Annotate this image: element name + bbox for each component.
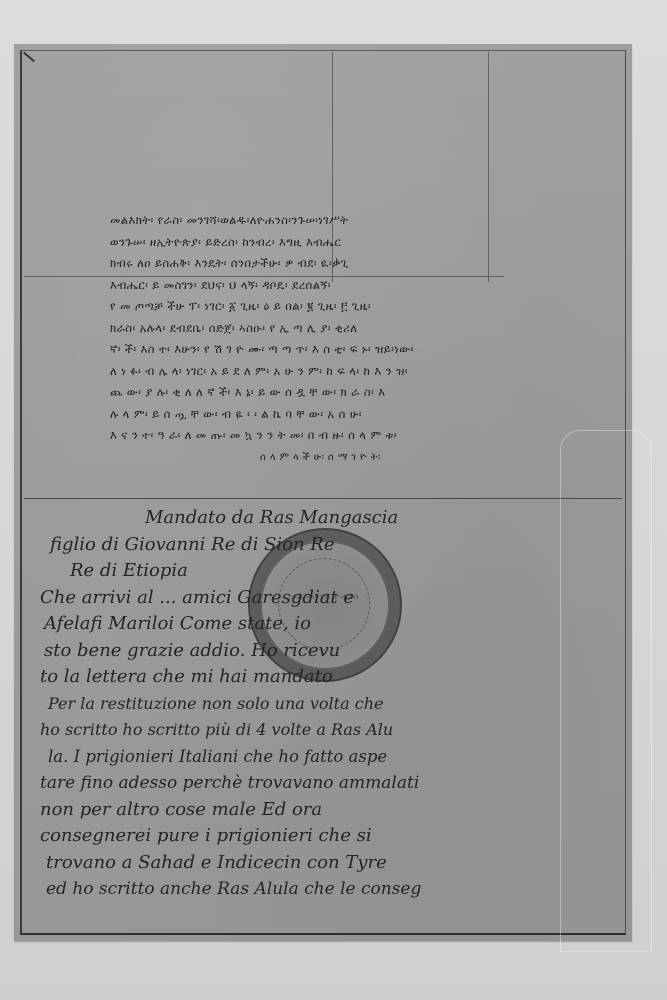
- amharic-line: ለ ነ ፉ፡ ብ ሌ ላ፡ ነገር፡ አ ይ ደ ለ ም፡ አ ሁ ን ም፡ ከ…: [110, 361, 550, 383]
- italian-line: sto bene grazie addio. Ho ricevu: [40, 638, 630, 665]
- italian-line: to la lettera che mi hai mandato: [40, 664, 630, 691]
- italian-line: Per la restituzione non solo una volta c…: [40, 691, 630, 718]
- italian-line: Mandato da Ras Mangascia: [40, 505, 630, 532]
- amharic-line: ሉ ላ ም፡ ይ ሰ ጧ ቸ ው፡ ብ ዬ ፡ ፡ ል ኬ ባ ቸ ው፡ አ ሰ…: [110, 404, 550, 426]
- italian-line: la. I prigionieri Italiani che ho fatto …: [40, 744, 630, 771]
- italian-line: trovano a Sahad e Indicecin con Tyre: [40, 850, 630, 877]
- amharic-line: የ መ ጦጣቻ ችሁ ፕ፡ ነገር፡ ፩ ጊዜ፡ ዕ ይ በል፡ ፪ ጊዜ፡ ፫…: [110, 296, 550, 318]
- italian-line: consegnerei pure i prigionieri che si: [40, 823, 630, 850]
- italian-handwritten-block: Mandato da Ras Mangascia figlio di Giova…: [40, 505, 630, 903]
- amharic-line: ሰ ላ ም ላ ች ሁ፡ ሰ ማ ገ ዮ ት፡: [110, 447, 550, 469]
- italian-line: Afelafi Mariloi Come state, io: [40, 611, 630, 638]
- amharic-line: እብሔር፡ ይ መስገን፡ ደህና፡ ህ ላኝ፡ ዳቦዴ፡ ደረሰልኝ፡: [110, 275, 550, 297]
- amharic-text-block: መልእክት፡ የራስ፡ መንገሻ፡ወልዱ፡ለዮሐንስ፡ንጉሠ፡ነገሥት ወንጉሠ…: [110, 210, 550, 468]
- amharic-line: መልእክት፡ የራስ፡ መንገሻ፡ወልዱ፡ለዮሐንስ፡ንጉሠ፡ነገሥት: [110, 210, 550, 232]
- amharic-line: ክብሩ ለዐ ይስሐቅ፡ እንዴት፡ ሰንበታችሁ፡ ዎ ብደ፡ ዪ፡ቃጊ: [110, 253, 550, 275]
- amharic-line: ክራስ፡ አሉላ፡ ደብደቤ፡ ሰድጀ፡ ኣስዑ፡ የ ኢ ጣ ሊ ያ፡ ቂሪለ: [110, 318, 550, 340]
- italian-line: non per altro cose male Ed ora: [40, 797, 630, 824]
- italian-line: Re di Etiopia: [40, 558, 630, 585]
- italian-line: Che arrivi al ... amici Garesgdiat e: [40, 585, 630, 612]
- italian-line: tare fino adesso perchè trovavano ammala…: [40, 770, 630, 797]
- amharic-line: ወንጉሠ፡ ዘኢትዮጵያ፡ ይድረስ፡ ከንብረ፡ እግዚ እብሔር: [110, 232, 550, 254]
- amharic-line: ኛ፡ ች፡ እስ ተ፡ እሁን፡ የ ሽ ገ ዮ ሙ፡ ጣ ጣ ጥ፡ እ ስ ቲ…: [110, 339, 550, 361]
- amharic-line: ጨ ው፡ ያ ሉ፡ ቂ ለ ለ ኛ ች፡ እ ኔ፡ ይ ው ሰ ዷ ቸ ው፡ ክ…: [110, 382, 550, 404]
- fold-line-horizontal-2: [24, 498, 622, 499]
- italian-line: ed ho scritto anche Ras Alula che le con…: [40, 876, 630, 903]
- amharic-line: እ ና ን ተ፡ ዓ ራ፡ ለ መ ጡ፡ መ ኳ ን ን ት መ፡ በ ብ ዙ፡…: [110, 425, 550, 447]
- italian-line: ho scritto ho scritto più di 4 volte a R…: [40, 717, 630, 744]
- italian-line: figlio di Giovanni Re di Sion Re: [40, 532, 630, 559]
